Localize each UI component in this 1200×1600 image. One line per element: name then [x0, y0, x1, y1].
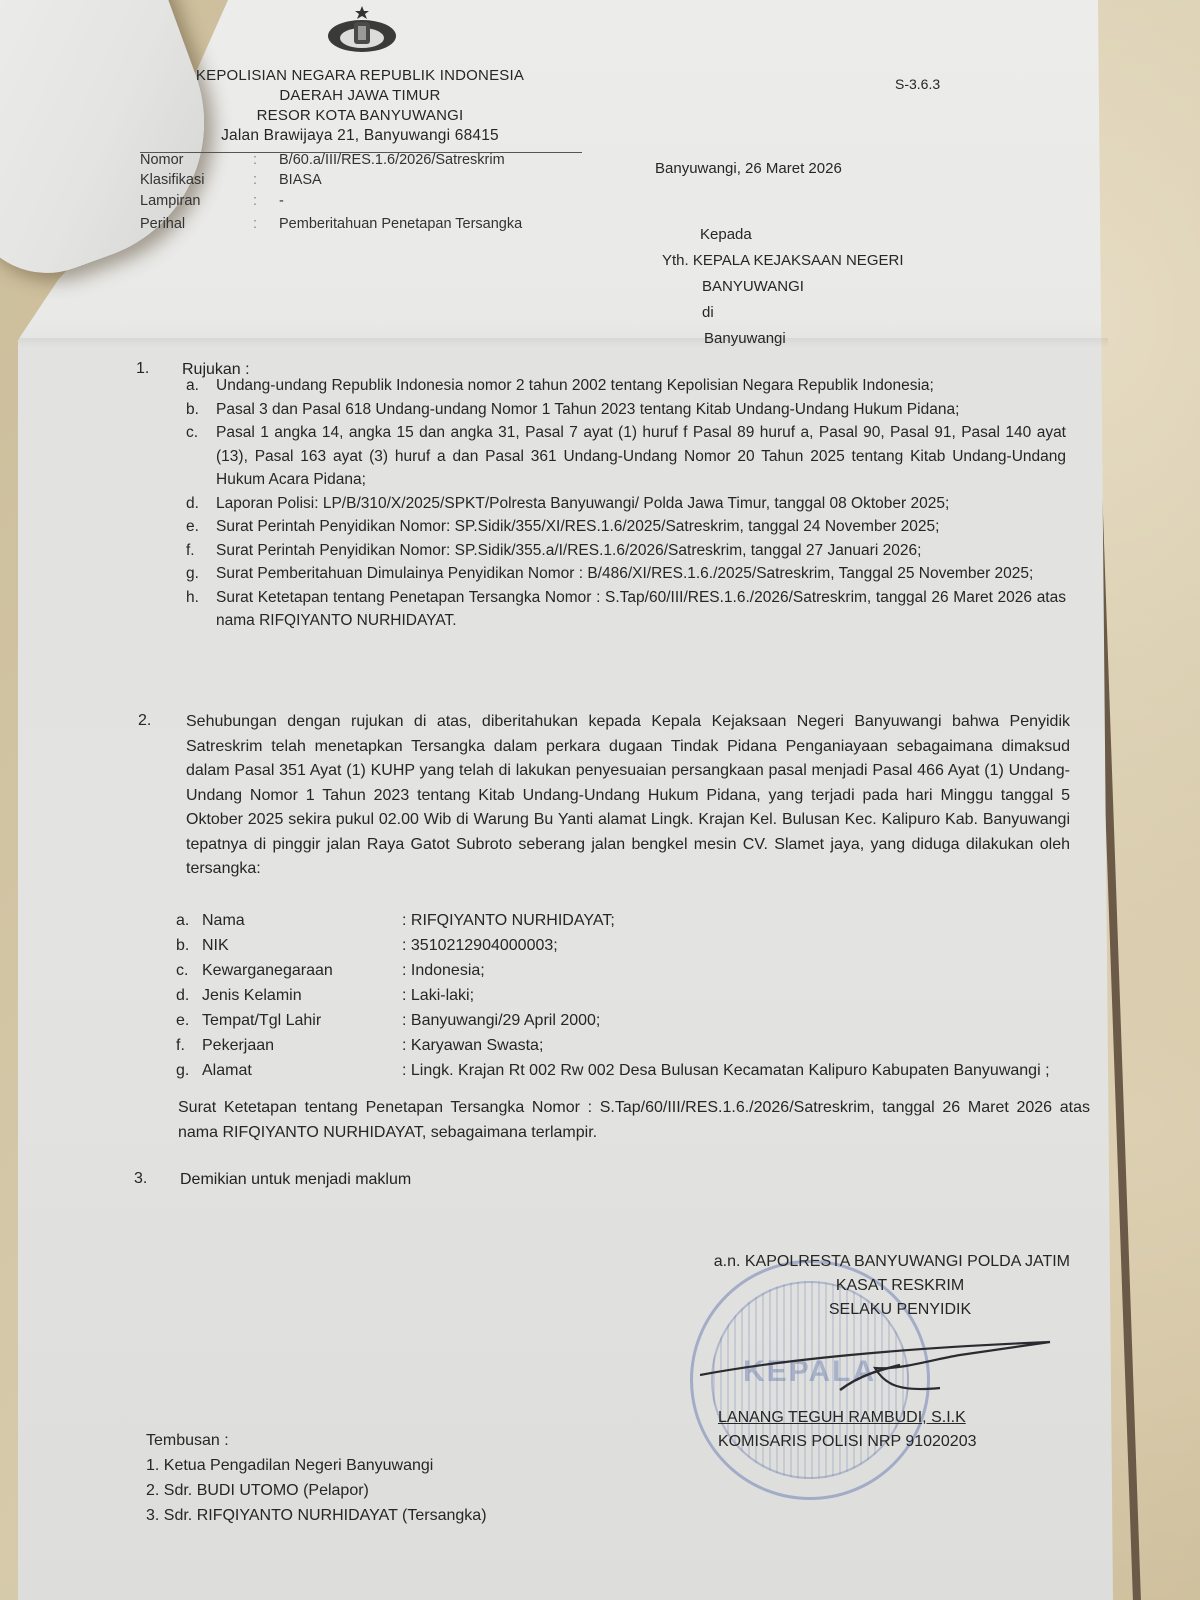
signature-position: KASAT RESKRIM — [650, 1274, 1070, 1298]
identity-letter: c. — [176, 958, 202, 983]
reference-text: Surat Ketetapan tentang Penetapan Tersan… — [216, 589, 1066, 630]
signature-block: a.n. KAPOLRESTA BANYUWANGI POLDA JATIM K… — [650, 1250, 1070, 1322]
identity-row: e.Tempat/Tgl Lahir: Banyuwangi/29 April … — [176, 1008, 1096, 1033]
identity-letter: e. — [176, 1008, 202, 1033]
reference-list: a.Undang-undang Republik Indonesia nomor… — [186, 374, 1066, 633]
reference-item: f.Surat Perintah Penyidikan Nomor: SP.Si… — [186, 539, 1066, 563]
identity-value: : RIFQIYANTO NURHIDAYAT; — [402, 908, 1096, 933]
meta-value: - — [279, 193, 284, 209]
identity-letter: d. — [176, 983, 202, 1008]
suspect-identity: a.Nama: RIFQIYANTO NURHIDAYAT;b.NIK: 351… — [176, 908, 1096, 1083]
letter-document: KEPOLISIAN NEGARA REPUBLIK INDONESIA DAE… — [0, 0, 1200, 1600]
reference-item: e.Surat Perintah Penyidikan Nomor: SP.Si… — [186, 515, 1066, 539]
identity-value: : Lingk. Krajan Rt 002 Rw 002 Desa Bulus… — [402, 1058, 1096, 1083]
identity-label: Tempat/Tgl Lahir — [202, 1008, 402, 1033]
identity-label: NIK — [202, 933, 402, 958]
reference-letter: e. — [186, 515, 199, 539]
tembusan-block: Tembusan : 1. Ketua Pengadilan Negeri Ba… — [146, 1428, 487, 1528]
reference-text: Laporan Polisi: LP/B/310/X/2025/SPKT/Pol… — [216, 495, 949, 512]
identity-letter: b. — [176, 933, 202, 958]
reference-text: Surat Pemberitahuan Dimulainya Penyidika… — [216, 565, 1033, 582]
reference-item: a.Undang-undang Republik Indonesia nomor… — [186, 374, 1066, 398]
reference-letter: d. — [186, 492, 199, 516]
reference-letter: g. — [186, 562, 199, 586]
handwritten-signature-icon — [700, 1330, 1060, 1400]
letterhead-line-2: DAERAH JAWA TIMUR — [170, 86, 550, 106]
reference-text: Undang-undang Republik Indonesia nomor 2… — [216, 377, 934, 394]
section-2-closing: Surat Ketetapan tentang Penetapan Tersan… — [178, 1096, 1090, 1145]
letterhead: KEPOLISIAN NEGARA REPUBLIK INDONESIA DAE… — [170, 66, 550, 146]
meta-row-nomor: Nomor:B/60.a/III/RES.1.6/2026/Satreskrim — [140, 152, 505, 168]
signature-role: SELAKU PENYIDIK — [650, 1298, 1070, 1322]
section-3-number: 3. — [134, 1170, 147, 1188]
letterhead-address: Jalan Brawijaya 21, Banyuwangi 68415 — [170, 126, 550, 146]
reference-letter: b. — [186, 398, 199, 422]
identity-row: c.Kewarganegaraan: Indonesia; — [176, 958, 1096, 983]
identity-label: Kewarganegaraan — [202, 958, 402, 983]
reference-item: h.Surat Ketetapan tentang Penetapan Ters… — [186, 586, 1066, 633]
police-emblem-icon — [325, 6, 400, 56]
meta-value: BIASA — [279, 172, 322, 188]
reference-letter: h. — [186, 586, 199, 610]
reference-text: Pasal 3 dan Pasal 618 Undang-undang Nomo… — [216, 401, 959, 418]
identity-row: a.Nama: RIFQIYANTO NURHIDAYAT; — [176, 908, 1096, 933]
signatory-name: LANANG TEGUH RAMBUDI, S.I.K — [718, 1409, 966, 1427]
reference-item: d.Laporan Polisi: LP/B/310/X/2025/SPKT/P… — [186, 492, 1066, 516]
identity-value: : Karyawan Swasta; — [402, 1033, 1096, 1058]
identity-row: g.Alamat: Lingk. Krajan Rt 002 Rw 002 De… — [176, 1058, 1096, 1083]
signature-on-behalf: a.n. KAPOLRESTA BANYUWANGI POLDA JATIM — [650, 1250, 1070, 1274]
tembusan-item: 1. Ketua Pengadilan Negeri Banyuwangi — [146, 1453, 487, 1478]
reference-letter: c. — [186, 421, 198, 445]
reference-text: Surat Perintah Penyidikan Nomor: SP.Sidi… — [216, 542, 921, 559]
reference-item: b.Pasal 3 dan Pasal 618 Undang-undang No… — [186, 398, 1066, 422]
signatory-rank: KOMISARIS POLISI NRP 91020203 — [718, 1433, 977, 1451]
form-code: S-3.6.3 — [895, 76, 940, 92]
reference-text: Pasal 1 angka 14, angka 15 dan angka 31,… — [216, 424, 1066, 488]
meta-row-klasifikasi: Klasifikasi:BIASA — [140, 172, 322, 188]
place-date: Banyuwangi, 26 Maret 2026 — [655, 160, 842, 177]
identity-value: : Indonesia; — [402, 958, 1096, 983]
reference-letter: a. — [186, 374, 199, 398]
identity-letter: a. — [176, 908, 202, 933]
identity-row: b.NIK: 3510212904000003; — [176, 933, 1096, 958]
section-1-number: 1. — [136, 360, 149, 378]
meta-value: B/60.a/III/RES.1.6/2026/Satreskrim — [279, 152, 505, 168]
meta-row-lampiran: Lampiran:- — [140, 193, 284, 209]
tembusan-item: 3. Sdr. RIFQIYANTO NURHIDAYAT (Tersangka… — [146, 1503, 487, 1528]
meta-value: Pemberitahuan Penetapan Tersangka — [279, 216, 522, 232]
recipient-name: Yth. KEPALA KEJAKSAAN NEGERI — [662, 248, 904, 274]
identity-label: Jenis Kelamin — [202, 983, 402, 1008]
identity-letter: f. — [176, 1033, 202, 1058]
tembusan-title: Tembusan : — [146, 1428, 487, 1453]
identity-label: Nama — [202, 908, 402, 933]
section-3-text: Demikian untuk menjadi maklum — [180, 1168, 411, 1192]
identity-value: : Banyuwangi/29 April 2000; — [402, 1008, 1096, 1033]
identity-row: d.Jenis Kelamin: Laki-laki; — [176, 983, 1096, 1008]
recipient-block: Kepada Yth. KEPALA KEJAKSAAN NEGERI BANY… — [662, 222, 904, 352]
meta-row-perihal: Perihal:Pemberitahuan Penetapan Tersangk… — [140, 216, 522, 232]
reference-letter: f. — [186, 539, 195, 563]
identity-value: : 3510212904000003; — [402, 933, 1096, 958]
section-2-paragraph: Sehubungan dengan rujukan di atas, diber… — [186, 710, 1070, 882]
letterhead-line-1: KEPOLISIAN NEGARA REPUBLIK INDONESIA — [170, 66, 550, 86]
reference-text: Surat Perintah Penyidikan Nomor: SP.Sidi… — [216, 518, 939, 535]
reference-item: c.Pasal 1 angka 14, angka 15 dan angka 3… — [186, 421, 1066, 492]
identity-value: : Laki-laki; — [402, 983, 1096, 1008]
reference-item: g.Surat Pemberitahuan Dimulainya Penyidi… — [186, 562, 1066, 586]
identity-label: Pekerjaan — [202, 1033, 402, 1058]
section-2-number: 2. — [138, 712, 151, 730]
letterhead-line-3: RESOR KOTA BANYUWANGI — [170, 106, 550, 126]
identity-letter: g. — [176, 1058, 202, 1083]
identity-label: Alamat — [202, 1058, 402, 1083]
tembusan-item: 2. Sdr. BUDI UTOMO (Pelapor) — [146, 1478, 487, 1503]
identity-row: f.Pekerjaan: Karyawan Swasta; — [176, 1033, 1096, 1058]
